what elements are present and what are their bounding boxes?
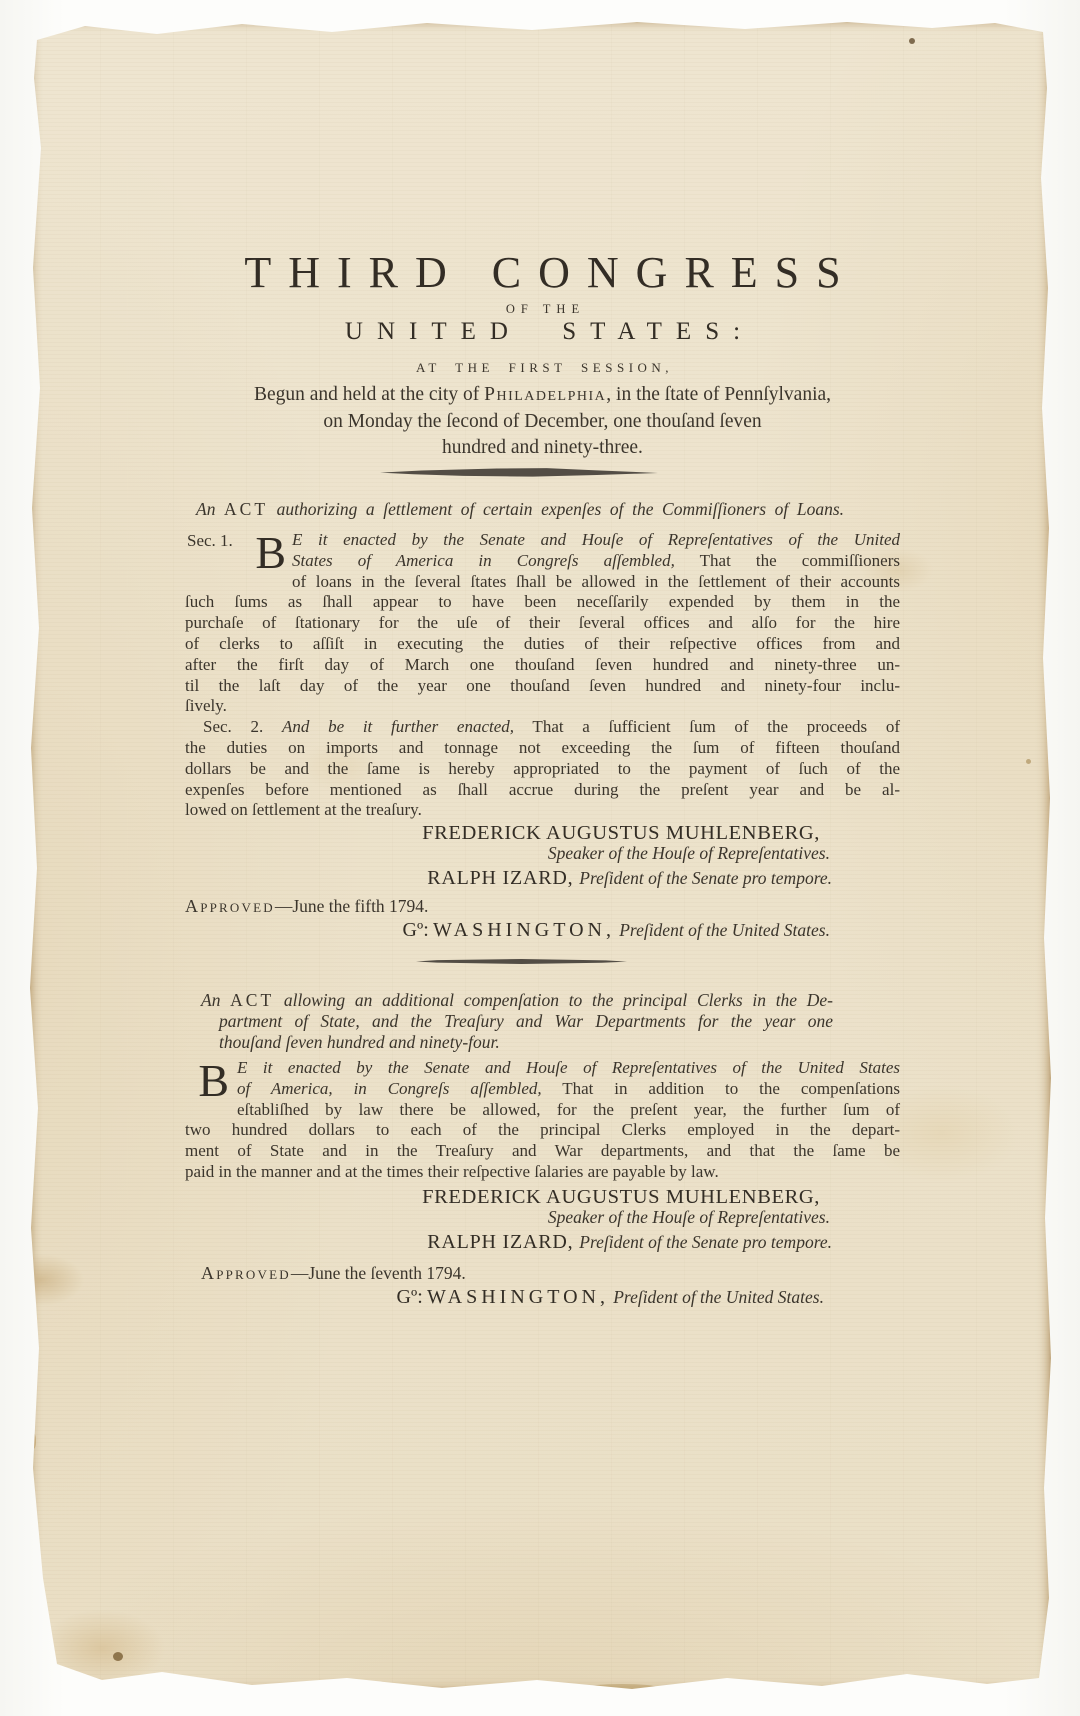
body-line: E it enacted by the Senate and Houſe of … [185,530,900,551]
act2-title: An ACT allowing an additional compenſati… [185,990,833,1053]
body-line: ſuch ſums as ſhall appear to have been n… [185,592,900,613]
page-background: THIRD CONGRESS OF THE UNITED STATES: AT … [0,0,1080,1716]
president-name: WASHINGTON, [433,919,615,941]
act2-title-rest: allowing an additional compenſation to t… [284,990,833,1010]
venue-line-1: Begun and held at the city of Philadelph… [185,382,900,409]
body-line: purchaſe of ſtationary for the uſe of th… [185,613,900,634]
act2-title-an: An [201,990,220,1010]
senate-president-line: RALPH IZARD, Preſident of the Senate pro… [185,1231,900,1254]
body-line: of loans in the ſeveral ſtates ſhall be … [185,572,900,593]
dropcap-container: B [185,1058,237,1100]
congress-title: THIRD CONGRESS [185,250,900,296]
ink-speck [909,38,915,44]
enacting-clause: of America, in Congreſs aſſembled, [237,1079,542,1098]
act1-section-2: Sec. 2. And be it further enacted, That … [185,717,900,821]
body-line: after the firſt day of March one thouſan… [185,655,900,676]
speaker-name: FREDERICK AUGUSTUS MUHLENBERG, [185,822,900,845]
divider-rule-2 [416,959,627,964]
of-the-label: OF THE [185,302,900,317]
section-2-label: Sec. 2. [203,717,263,736]
senate-president-role: Preſident of the Senate pro tempore. [579,868,832,888]
president-signature-line: Gº: WASHINGTON, Preſident of the United … [185,919,900,942]
body-line: States of America in Congreſs aſſembled,… [185,551,900,572]
body-line: til the laſt day of the year one thouſan… [185,676,900,697]
section-1-label: Sec. 1. [187,531,233,552]
president-initial: Gº: [403,919,429,941]
act2-title-act: ACT [230,990,274,1010]
approval-line: Approved—June the ſeventh 1794. [201,1263,900,1284]
speaker-role: Speaker of the Houſe of Repreſentatives. [185,843,900,864]
enacting-clause: States of America in Congreſs aſſembled, [292,551,675,570]
section-number-dropcap: Sec. 1.B [185,530,292,572]
venue-place: Philadelphia [484,384,606,405]
body-line: paid in the manner and at the times thei… [185,1162,900,1183]
body-line: the duties on imports and tonnage not ex… [185,738,900,759]
speaker-role: Speaker of the Houſe of Repreſentatives. [185,1207,900,1228]
act2-title-line-2: partment of State, and the Treaſury and … [185,1011,833,1032]
venue-text-pre: Begun and held at the city of [254,384,484,405]
president-role: Preſident of the United States. [613,1287,824,1307]
body-line: ſively. [185,696,900,717]
act2-title-line-1: An ACT allowing an additional compenſati… [185,990,833,1011]
act1-body: Sec. 1.B E it enacted by the Senate and … [185,530,900,821]
body-line: ment of State and in the Treaſury and Wa… [185,1141,900,1162]
act1-title-act: ACT [224,499,268,519]
senate-president-name: RALPH IZARD, [427,867,573,889]
act2-title-line-3: thouſand ſeven hundred and ninety-four. [185,1032,833,1053]
senate-president-role: Preſident of the Senate pro tempore. [579,1232,832,1252]
drop-cap-b: B [198,1064,229,1098]
approved-date: —June the fifth 1794. [275,896,429,916]
united-states-title: UNITED STATES: [185,318,900,345]
enacting-clause: And be it further enacted, [282,717,514,736]
venue-lines: Begun and held at the city of Philadelph… [185,382,900,462]
act2-paragraph: B E it enacted by the Senate and Houſe o… [185,1058,900,1183]
body-line: eſtabliſhed by law there be allowed, for… [185,1100,900,1121]
body-text: That in addition to the compenſations [542,1079,900,1098]
document-paper: THIRD CONGRESS OF THE UNITED STATES: AT … [27,18,1053,1696]
act1-signatures: FREDERICK AUGUSTUS MUHLENBERG, Speaker o… [185,822,900,950]
body-line: expenſes before mentioned as ſhall accru… [185,780,900,801]
president-initial: Gº: [397,1286,423,1308]
approved-label: Approved [185,896,275,916]
act2-body: B E it enacted by the Senate and Houſe o… [185,1058,900,1183]
body-line: of clerks to aſſiſt in executing the dut… [185,634,900,655]
body-line: two hundred dollars to each of the princ… [185,1120,900,1141]
president-name: WASHINGTON, [427,1286,609,1308]
approved-label: Approved [201,1263,291,1283]
body-text: That the commiſſioners [675,551,900,570]
act2-signatures: FREDERICK AUGUSTUS MUHLENBERG, Speaker o… [185,1186,900,1314]
drop-cap-b: B [255,536,286,570]
speaker-name: FREDERICK AUGUSTUS MUHLENBERG, [185,1186,900,1209]
divider-rule-1 [380,468,658,477]
body-line: lowed on ſettlement at the treaſury. [185,800,900,821]
president-role: Preſident of the United States. [619,920,830,940]
body-line: of America, in Congreſs aſſembled, That … [185,1079,900,1100]
edge-stain [29,1433,36,1449]
venue-line-3: hundred and ninety-three. [185,435,900,462]
foxing-spot [1026,759,1031,764]
body-line: E it enacted by the Senate and Houſe of … [185,1058,900,1079]
edge-smudge [587,1684,657,1691]
act1-section-1: Sec. 1.B E it enacted by the Senate and … [185,530,900,717]
approved-date: —June the ſeventh 1794. [291,1263,466,1283]
body-text: That a ſufficient ſum of the proceeds of [514,717,900,736]
session-line: AT THE FIRST SESSION, [185,360,900,376]
act1-title-an: An [196,499,215,519]
act1-title: An ACT authorizing a ſettlement of certa… [185,499,844,520]
senate-president-name: RALPH IZARD, [427,1231,573,1253]
approval-line: Approved—June the fifth 1794. [185,896,900,917]
president-signature-line: Gº: WASHINGTON, Preſident of the United … [185,1286,900,1309]
body-line: Sec. 2. And be it further enacted, That … [185,717,900,738]
senate-president-line: RALPH IZARD, Preſident of the Senate pro… [185,867,900,890]
venue-text-post: , in the ſtate of Pennſylvania, [606,384,831,405]
venue-line-2: on Monday the ſecond of December, one th… [185,409,900,436]
body-line: dollars be and the ſame is hereby approp… [185,759,900,780]
stain-spot [113,1652,123,1661]
act1-title-rest: authorizing a ſettlement of certain expe… [277,499,844,519]
